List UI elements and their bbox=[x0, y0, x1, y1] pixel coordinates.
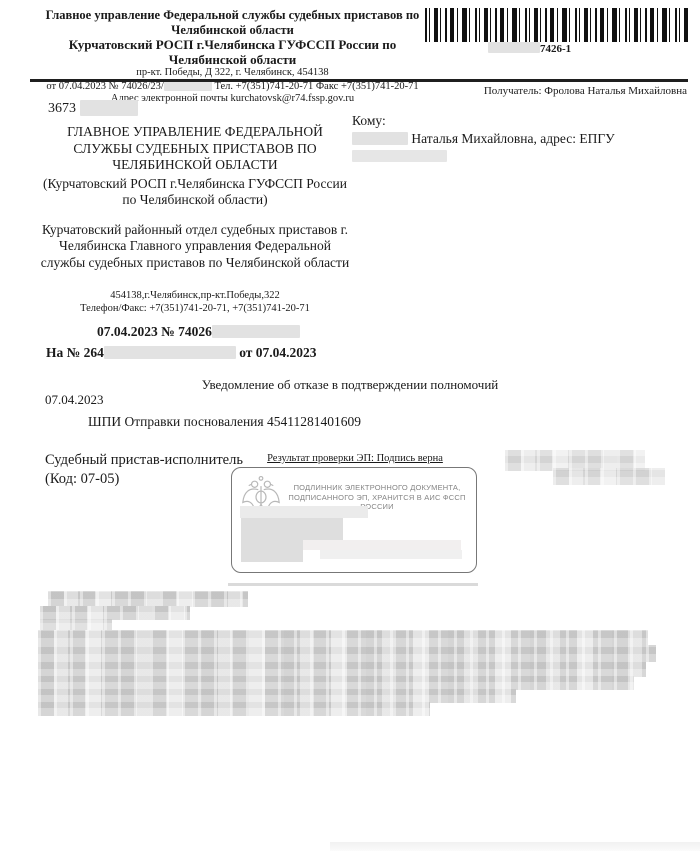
redacted-footer-row-4 bbox=[38, 630, 648, 646]
redacted-ref-number bbox=[164, 81, 212, 91]
letterhead-org-line2: Курчатовский РОСП г.Челябинска ГУФССП Ро… bbox=[30, 37, 435, 67]
sender-phones: Телефон/Факс: +7(351)741-20-71, +7(351)7… bbox=[40, 303, 350, 316]
redacted-signer-name-2 bbox=[553, 468, 665, 485]
redacted-footer-row-9 bbox=[38, 702, 430, 716]
redacted-footer-row-6 bbox=[38, 661, 646, 677]
electronic-signature-stamp: ПОДЛИННИК ЭЛЕКТРОННОГО ДОКУМЕНТА, ПОДПИС… bbox=[231, 467, 477, 573]
signer-role: Судебный пристав-исполнитель (Код: 07-05… bbox=[45, 451, 250, 488]
header-divider-rule bbox=[30, 79, 688, 82]
registration-number-line: 3673 bbox=[48, 100, 138, 117]
document-title: Уведомление об отказе в подтверждении по… bbox=[0, 377, 700, 393]
redacted-addressee-id bbox=[352, 150, 447, 162]
redacted-footer-row-2 bbox=[40, 606, 190, 620]
letterhead-phones: Тел. +7(351)741-20-71 Факс +7(351)741-20… bbox=[214, 81, 418, 92]
addressee-label: Кому: bbox=[352, 112, 657, 130]
incoming-ref-suffix: от 07.04.2023 bbox=[239, 345, 316, 360]
outgoing-ref-line: 07.04.2023 № 74026 bbox=[40, 324, 350, 341]
redacted-registration-suffix bbox=[80, 100, 138, 116]
redacted-footer-row-5 bbox=[38, 645, 656, 662]
redacted-footer-row-8 bbox=[38, 689, 516, 703]
redacted-incoming-ref bbox=[104, 346, 236, 359]
addressee-extra-line bbox=[352, 147, 657, 165]
letterhead: Главное управление Федеральной службы су… bbox=[30, 8, 435, 105]
document-date: 07.04.2023 bbox=[45, 392, 104, 408]
barcode bbox=[425, 8, 688, 42]
scan-shading bbox=[330, 842, 700, 851]
redacted-stamp-cert-line3 bbox=[241, 540, 303, 562]
outgoing-ref: 07.04.2023 № 74026 bbox=[97, 324, 212, 339]
redacted-footer-row-1 bbox=[48, 591, 248, 607]
barcode-number-line: 7426-1 bbox=[488, 42, 571, 55]
stamp-underline bbox=[228, 583, 478, 586]
signature-verification-result: Результат проверки ЭП: Подпись верна bbox=[230, 453, 480, 464]
redacted-outgoing-ref bbox=[212, 325, 300, 338]
sender-org-paren: (Курчатовский РОСП г.Челябинска ГУФССП Р… bbox=[40, 176, 350, 209]
recipient-line: Получатель: Фролова Наталья Михайловна bbox=[484, 85, 687, 97]
stamp-text-line1: ПОДЛИННИК ЭЛЕКТРОННОГО ДОКУМЕНТА, bbox=[284, 483, 470, 493]
letterhead-address: пр-кт. Победы, Д 322, г. Челябинск, 4541… bbox=[30, 67, 435, 80]
tracking-number-line: ШПИ Отправки посноваления 45411281401609 bbox=[88, 414, 361, 430]
redacted-stamp-validity2 bbox=[320, 550, 462, 559]
incoming-ref-line: На № 264 от 07.04.2023 bbox=[40, 345, 350, 362]
addressee-name-line: Наталья Михайловна, адрес: ЕПГУ bbox=[352, 130, 657, 148]
letterhead-org-line1: Главное управление Федеральной службы су… bbox=[30, 8, 435, 37]
sender-block: ГЛАВНОЕ УПРАВЛЕНИЕ ФЕДЕРАЛЬНОЙ СЛУЖБЫ СУ… bbox=[40, 124, 350, 361]
redacted-stamp-validity1 bbox=[303, 540, 461, 550]
redacted-barcode-number bbox=[488, 42, 540, 53]
letterhead-ref-prefix: от 07.04.2023 № 74026/23/ bbox=[46, 81, 163, 92]
incoming-ref-prefix: На № 264 bbox=[46, 345, 104, 360]
sender-address: 454138,г.Челябинск,пр-кт.Победы,322 bbox=[40, 290, 350, 303]
barcode-number-suffix: 7426-1 bbox=[540, 43, 571, 55]
addressee-block: Кому: Наталья Михайловна, адрес: ЕПГУ bbox=[352, 112, 657, 165]
addressee-name: Наталья Михайловна, адрес: ЕПГУ bbox=[411, 131, 614, 146]
sender-department: Курчатовский районный отдел судебных при… bbox=[40, 222, 350, 272]
redacted-footer-row-7 bbox=[38, 676, 634, 690]
redacted-stamp-cert-line1 bbox=[240, 506, 368, 518]
registration-number: 3673 bbox=[48, 101, 76, 116]
document-page: Главное управление Федеральной службы су… bbox=[0, 0, 700, 851]
sender-org-caps: ГЛАВНОЕ УПРАВЛЕНИЕ ФЕДЕРАЛЬНОЙ СЛУЖБЫ СУ… bbox=[40, 124, 350, 174]
redacted-stamp-cert-line2 bbox=[241, 518, 343, 540]
redacted-addressee-surname bbox=[352, 132, 408, 145]
